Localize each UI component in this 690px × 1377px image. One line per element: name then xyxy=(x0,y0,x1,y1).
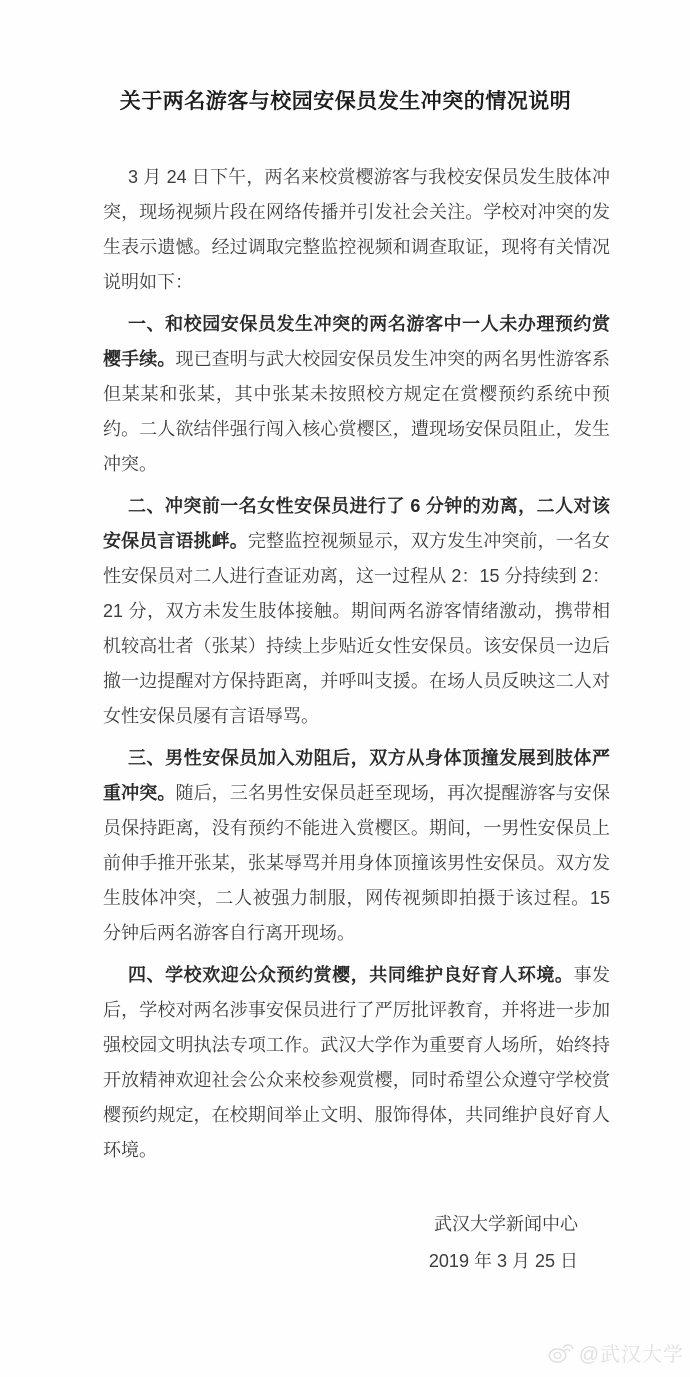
weibo-icon xyxy=(547,1341,574,1364)
weibo-watermark: @武汉大学 xyxy=(547,1338,684,1367)
paragraph-intro: 3 月 24 日下午，两名来校赏樱游客与我校安保员发生肢体冲突，现场视频片段在网… xyxy=(103,160,610,300)
paragraph-text: 事发后，学校对两名涉事安保员进行了严厉批评教育，并将进一步加强校园文明执法专项工… xyxy=(103,965,610,1160)
signature-block: 武汉大学新闻中心 2019 年 3 月 25 日 xyxy=(103,1206,610,1280)
paragraph-point-2: 二、冲突前一名女性安保员进行了 6 分钟的劝离，二人对该安保员言语挑衅。完整监控… xyxy=(103,489,610,734)
paragraph-text: 3 月 24 日下午，两名来校赏樱游客与我校安保员发生肢体冲突，现场视频片段在网… xyxy=(103,167,610,292)
document-body: 3 月 24 日下午，两名来校赏樱游客与我校安保员发生肢体冲突，现场视频片段在网… xyxy=(103,160,610,1168)
paragraph-text: 完整监控视频显示，双方发生冲突前，一名女性安保员对二人进行查证劝离，这一过程从 … xyxy=(103,531,610,726)
paragraph-text: 随后，三名男性安保员赶至现场，再次提醒游客与安保员保持距离，没有预约不能进入赏樱… xyxy=(103,783,610,943)
watermark-text: @武汉大学 xyxy=(579,1338,684,1367)
paragraph-point-3: 三、男性安保员加入劝阻后，双方从身体顶撞发展到肢体严重冲突。随后，三名男性安保员… xyxy=(103,741,610,951)
document-title: 关于两名游客与校园安保员发生冲突的情况说明 xyxy=(92,88,599,115)
signature-date: 2019 年 3 月 25 日 xyxy=(103,1243,578,1280)
paragraph-point-4: 四、学校欢迎公众预约赏樱，共同维护良好育人环境。事发后，学校对两名涉事安保员进行… xyxy=(103,958,610,1168)
paragraph-lead: 四、学校欢迎公众预约赏樱，共同维护良好育人环境。 xyxy=(128,965,573,985)
document-page: 关于两名游客与校园安保员发生冲突的情况说明 3 月 24 日下午，两名来校赏樱游… xyxy=(0,0,690,1377)
paragraph-text: 现已查明与武大校园安保员发生冲突的两名男性游客系但某某和张某，其中张某未按照校方… xyxy=(103,349,610,474)
signature-author: 武汉大学新闻中心 xyxy=(103,1206,578,1243)
paragraph-point-1: 一、和校园安保员发生冲突的两名游客中一人未办理预约赏樱手续。现已查明与武大校园安… xyxy=(103,307,610,482)
